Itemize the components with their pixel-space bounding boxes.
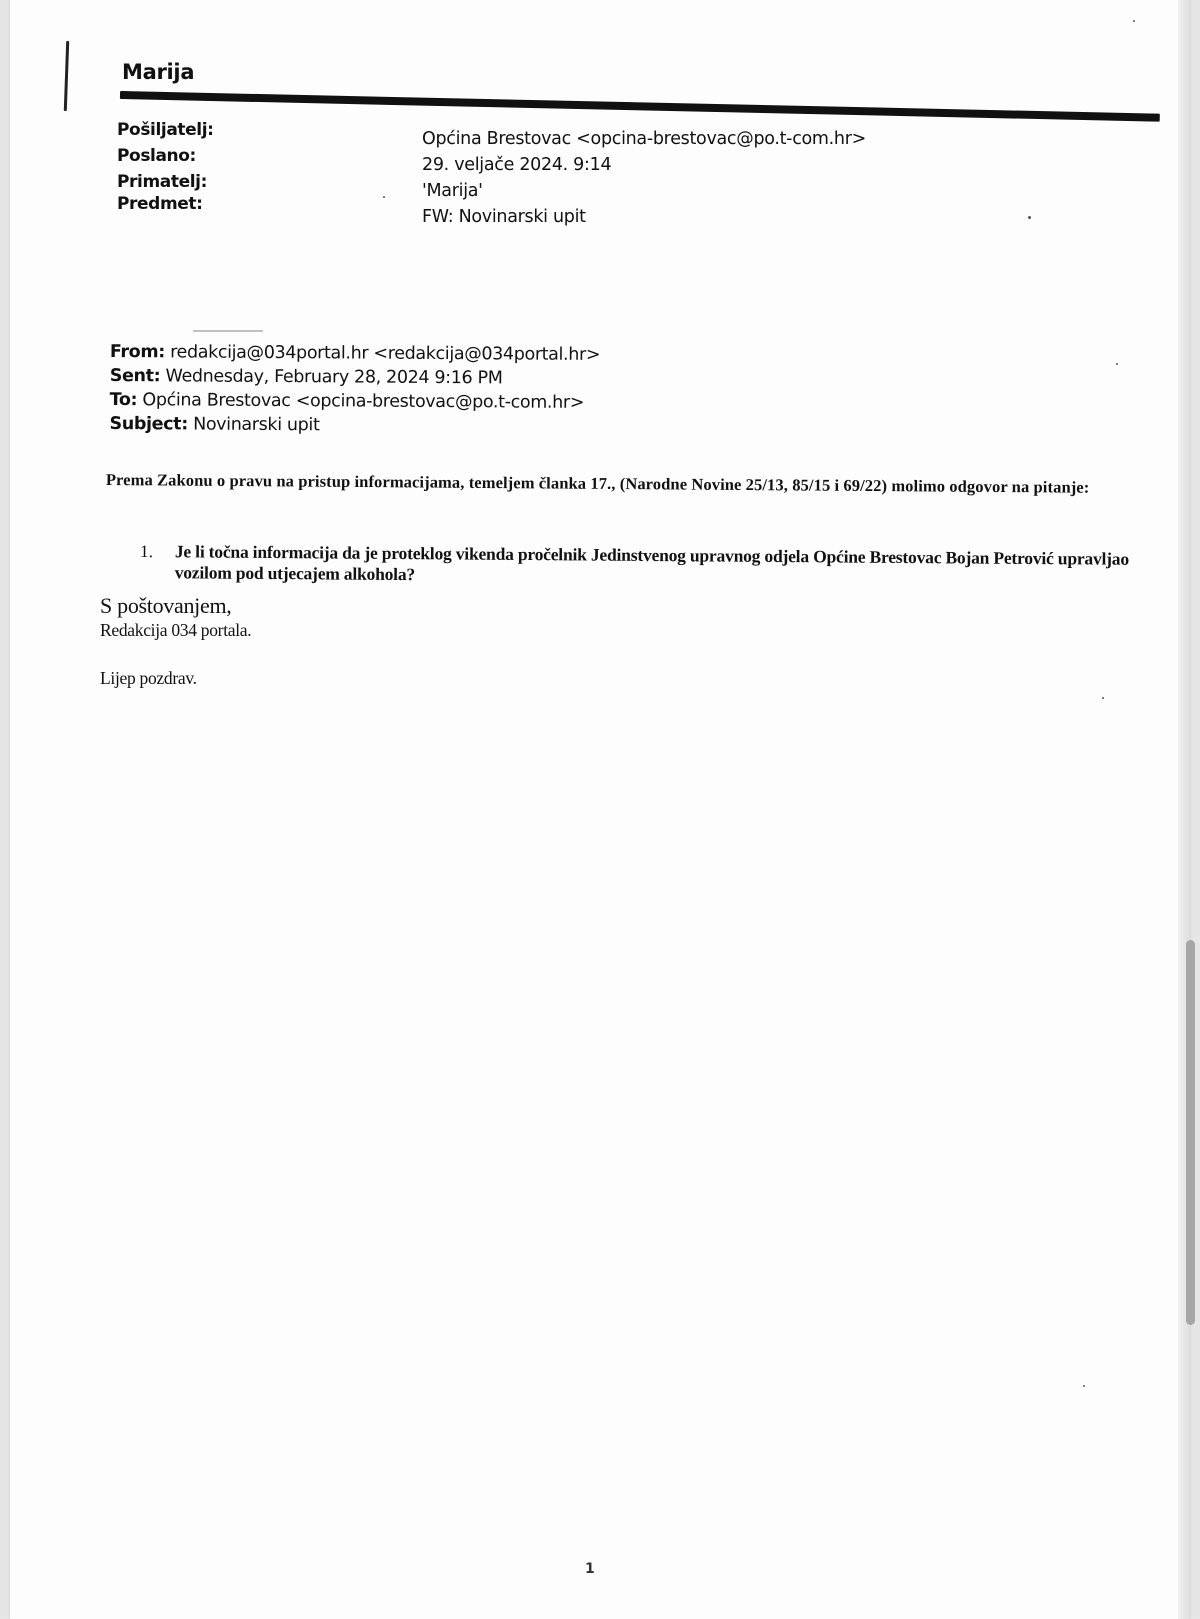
scan-speck <box>1116 363 1118 365</box>
header-divider <box>120 91 1160 122</box>
forwarded-subject-label: Subject: <box>109 414 188 434</box>
document-viewer: Marija Pošiljatelj: Općina Brestovac <op… <box>0 0 1200 1619</box>
scan-speck <box>1133 20 1135 22</box>
scan-smudge <box>193 330 263 332</box>
body-intro: Prema Zakonu o pravu na pristup informac… <box>106 470 1116 497</box>
margin-mark <box>64 41 69 111</box>
closing-greeting: S poštovanjem, <box>100 593 251 619</box>
question-number: 1. <box>140 541 153 562</box>
meta-value: Općina Brestovac <opcina-brestovac@po.t-… <box>422 129 866 149</box>
meta-value: FW: Novinarski upit <box>422 207 586 227</box>
forwarded-from-value: redakcija@034portal.hr <redakcija@034por… <box>170 342 600 365</box>
meta-label: Pošiljatelj: <box>117 120 214 140</box>
forwarded-to-value: Općina Brestovac <opcina-brestovac@po.t-… <box>142 390 584 413</box>
meta-value: 29. veljače 2024. 9:14 <box>422 155 611 175</box>
scan-speck <box>1028 216 1031 219</box>
forwarded-to-label: To: <box>110 390 138 410</box>
scanned-page: Marija Pošiljatelj: Općina Brestovac <op… <box>10 0 1190 1619</box>
page-number: 1 <box>585 1561 595 1577</box>
closing-regards: Lijep pozdrav. <box>100 668 197 689</box>
scrollbar-thumb[interactable] <box>1186 940 1195 1325</box>
closing-signature: Redakcija 034 portala. <box>100 619 251 641</box>
mailbox-owner-name: Marija <box>122 60 194 84</box>
meta-label: Predmet: <box>117 194 203 214</box>
forwarded-sent-label: Sent: <box>110 366 161 386</box>
question-item: 1. Je li točna informacija da je protekl… <box>140 541 1130 591</box>
scan-speck <box>1083 1385 1085 1387</box>
scan-speck <box>1102 697 1104 699</box>
scan-speck <box>383 196 385 198</box>
meta-label: Poslano: <box>117 146 196 166</box>
forwarded-from-label: From: <box>110 342 165 362</box>
closing-block: S poštovanjem, Redakcija 034 portala. <box>100 593 251 641</box>
meta-label: Primatelj: <box>117 172 207 192</box>
meta-value: 'Marija' <box>422 181 483 201</box>
question-list: 1. Je li točna informacija da je protekl… <box>140 541 1130 591</box>
forwarded-subject: Subject: Novinarski upit <box>109 412 599 439</box>
question-text: Je li točna informacija da je proteklog … <box>175 541 1130 590</box>
forwarded-to: To: Općina Brestovac <opcina-brestovac@p… <box>110 388 600 415</box>
forwarded-sent: Sent: Wednesday, February 28, 2024 9:16 … <box>110 364 600 391</box>
vertical-scrollbar[interactable] <box>1186 0 1196 1619</box>
forwarded-from: From: redakcija@034portal.hr <redakcija@… <box>110 340 600 367</box>
forwarded-subject-value: Novinarski upit <box>193 415 320 436</box>
forwarded-sent-value: Wednesday, February 28, 2024 9:16 PM <box>165 366 502 388</box>
forwarded-header: From: redakcija@034portal.hr <redakcija@… <box>109 340 600 439</box>
